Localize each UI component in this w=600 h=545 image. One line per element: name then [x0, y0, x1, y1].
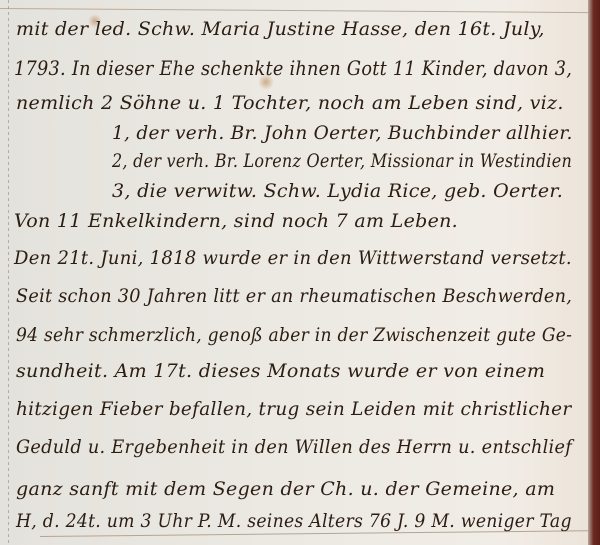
text-line-15: H, d. 24t. um 3 Uhr P. M. seines Alters …	[16, 510, 572, 532]
text-line-3: nemlich 2 Söhne u. 1 Tochter, noch am Le…	[16, 92, 564, 114]
text-line-4: 1, der verh. Br. John Oerter, Buchbinder…	[112, 122, 573, 144]
text-line-9: Seit schon 30 Jahren litt er an rheumati…	[16, 285, 572, 307]
text-line-11: sundheit. Am 17t. dieses Monats wurde er…	[16, 360, 545, 382]
left-margin-rule	[8, 0, 9, 545]
text-line-14: ganz sanft mit dem Segen der Ch. u. der …	[16, 478, 555, 500]
top-ruled-line	[0, 8, 588, 13]
text-line-7: Von 11 Enkelkindern, sind noch 7 am Lebe…	[14, 210, 458, 232]
text-line-5: 2, der verh. Br. Lorenz Oerter, Missiona…	[112, 150, 572, 172]
text-line-2: 1793. In dieser Ehe schenkte ihnen Gott …	[14, 56, 572, 80]
text-line-10: 94 sehr schmerzlich, genoß aber in der Z…	[16, 324, 572, 346]
text-line-1: mit der led. Schw. Maria Justine Hasse, …	[16, 18, 545, 40]
text-line-12: hitzigen Fieber befallen, trug sein Leid…	[16, 398, 571, 420]
book-binding-edge	[588, 0, 600, 545]
text-line-13: Geduld u. Ergebenheit in den Willen des …	[16, 436, 572, 458]
manuscript-page: mit der led. Schw. Maria Justine Hasse, …	[0, 0, 588, 545]
text-line-6: 3, die verwitw. Schw. Lydia Rice, geb. O…	[112, 180, 563, 202]
text-line-8: Den 21t. Juni, 1818 wurde er in den Witt…	[14, 247, 572, 269]
